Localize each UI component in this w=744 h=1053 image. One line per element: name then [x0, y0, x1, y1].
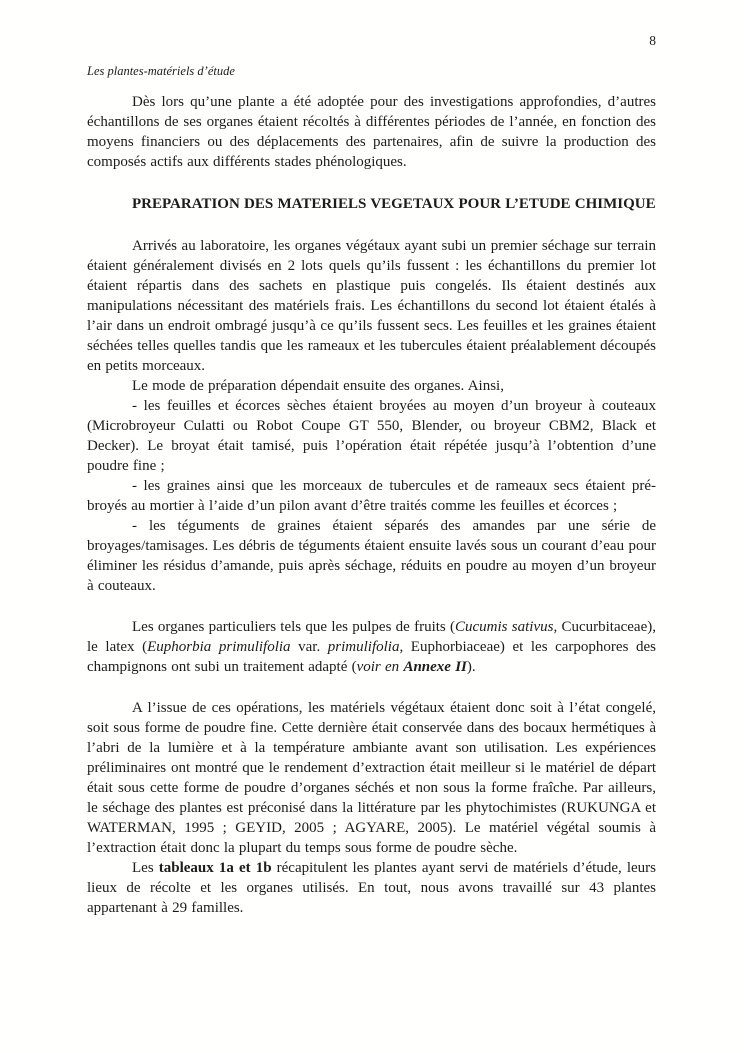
text-run: Euphorbia primulifolia — [147, 639, 290, 655]
list-item-feuilles-ecorces: - les feuilles et écorces sèches étaient… — [87, 396, 656, 476]
page-number: 8 — [87, 33, 656, 48]
document-body: Dès lors qu’une plante a été adoptée pou… — [87, 92, 656, 918]
paragraph-laboratoire: Arrivés au laboratoire, les organes végé… — [87, 236, 656, 376]
text-run: tableaux 1a et 1b — [159, 860, 272, 876]
text-run: Cucumis sativus — [455, 619, 553, 635]
section-heading: PREPARATION DES MATERIELS VEGETAUX POUR … — [132, 193, 656, 215]
text-run: Le mode de préparation dépendait ensuite… — [132, 378, 504, 394]
text-run: - les feuilles et écorces sèches étaient… — [87, 398, 656, 474]
text-run: Annexe II — [403, 659, 466, 675]
paragraph-mode-preparation: Le mode de préparation dépendait ensuite… — [87, 376, 656, 396]
text-run: Les organes particuliers tels que les pu… — [132, 619, 455, 635]
document-page: 8 Les plantes-matériels d’étude Dès lors… — [0, 0, 744, 1053]
paragraph-issue-operations: A l’issue de ces opérations, les matérie… — [87, 698, 656, 858]
list-item-graines-tubercules: - les graines ainsi que les morceaux de … — [87, 476, 656, 516]
text-run: Dès lors qu’une plante a été adoptée pou… — [87, 94, 656, 170]
text-run: var. — [291, 639, 328, 655]
text-run: Arrivés au laboratoire, les organes végé… — [87, 238, 656, 374]
text-run: PREPARATION DES MATERIELS VEGETAUX POUR … — [132, 196, 656, 212]
text-run: primulifolia — [328, 639, 400, 655]
paragraph-tableaux: Les tableaux 1a et 1b récapitulent les p… — [87, 858, 656, 918]
text-run: - les graines ainsi que les morceaux de … — [87, 478, 656, 514]
text-run: - les téguments de graines étaient sépar… — [87, 518, 656, 594]
text-run: voir en — [357, 659, 404, 675]
paragraph-intro: Dès lors qu’une plante a été adoptée pou… — [87, 92, 656, 172]
text-run: A l’issue de ces opérations, les matérie… — [87, 700, 656, 856]
text-run: Les — [132, 860, 159, 876]
list-item-teguments: - les téguments de graines étaient sépar… — [87, 516, 656, 596]
text-run: ). — [467, 659, 476, 675]
paragraph-organes-particuliers: Les organes particuliers tels que les pu… — [87, 617, 656, 677]
running-header: Les plantes-matériels d’étude — [87, 64, 656, 79]
